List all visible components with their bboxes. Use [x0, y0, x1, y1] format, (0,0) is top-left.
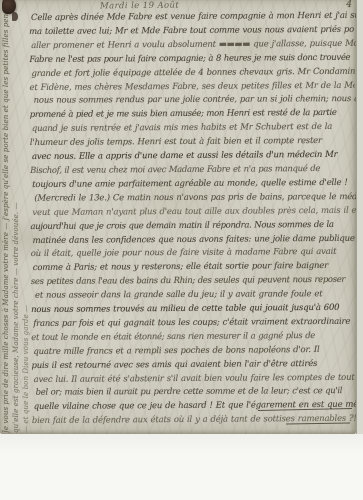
handwritten-line: nous nous sommes rendus par une jolie co… — [34, 93, 356, 108]
handwritten-line: comme à Paris; et nous y resterons; elle… — [33, 260, 356, 276]
handwritten-line: quatre mille francs et a rempli ses poch… — [33, 343, 356, 359]
handwritten-text-block: Celle après dinée Mde Fabre est venue fa… — [29, 10, 356, 429]
margin-line: Je vous prie de dire mille choses à Mada… — [2, 7, 12, 433]
paper-edge-shadow — [356, 0, 363, 434]
handwritten-line: aller promener et Henri a voulu absolume… — [31, 38, 356, 54]
letter-sheet: Mardi le 19 Août Celle après dinée Mde F… — [0, 0, 356, 434]
page-number-mark: 4 — [346, 0, 352, 10]
handwritten-line: et nous asseoir dans la grande salle du … — [35, 288, 356, 303]
margin-line: qu'elle est gracieuse, Madame votre chèr… — [12, 7, 22, 433]
handwritten-line: veut que Maman n'ayant plus d'eau tout a… — [32, 204, 356, 220]
handwritten-line: Celle après dinée Mde Fabre est venue fa… — [31, 10, 356, 26]
date-heading: Mardi le 19 Août — [100, 1, 179, 12]
margin-line: — et que le bon Dieu vous garde — — [22, 7, 32, 433]
handwritten-line: bien fait de la défendre aux états où il… — [32, 413, 356, 429]
scanner-background — [0, 434, 363, 500]
handwritten-line: quand je suis rentrée et j'avais mis mes… — [32, 121, 356, 137]
scan-background: { "document": { "kind": "scanned handwri… — [0, 0, 363, 500]
margin-cross-writing: Je vous prie de dire mille choses à Mada… — [2, 7, 32, 433]
